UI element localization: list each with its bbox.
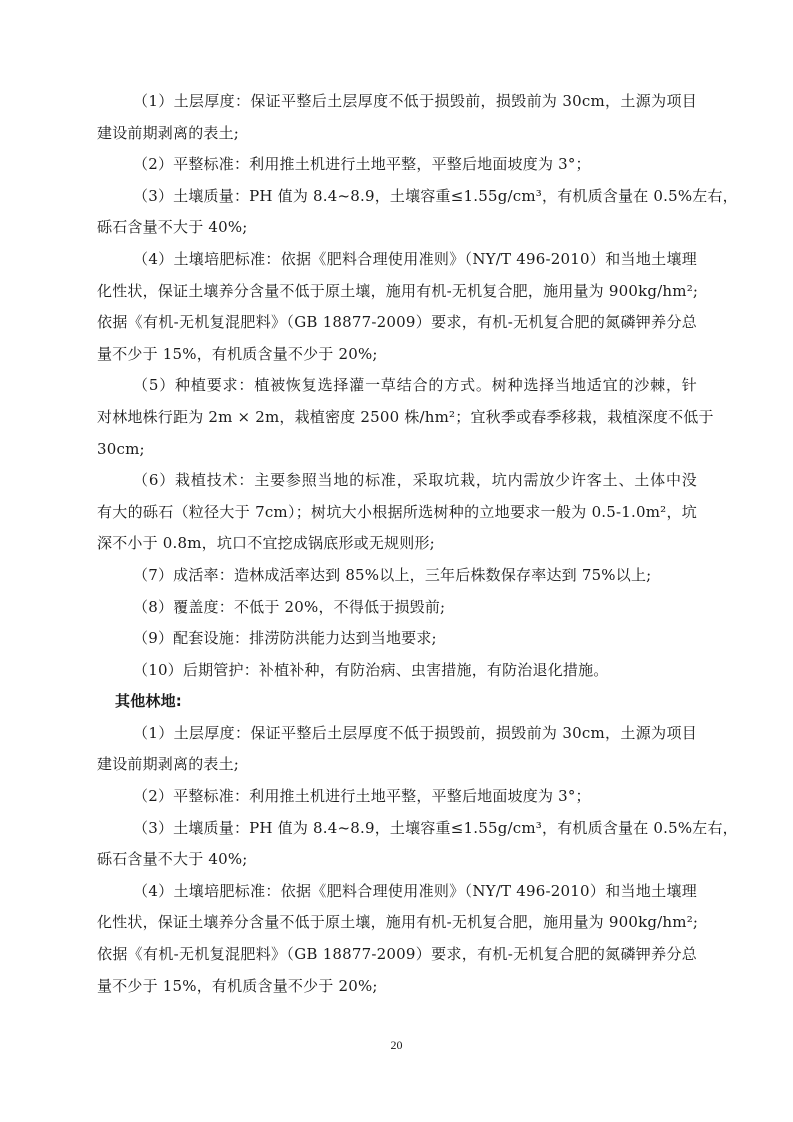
paragraph-line: （10）后期管护：补植补种，有防治病、虫害措施，有防治退化措施。 xyxy=(97,655,697,687)
text-line: 化性状，保证土壤养分含量不低于原土壤，施用有机-无机复合肥，施用量为 900kg… xyxy=(97,907,697,939)
paragraph-last-line: 建设前期剥离的表土; xyxy=(97,118,697,150)
paragraph-first-line: （3）土壤质量：PH 值为 8.4~8.9，土壤容重≤1.55g/cm³，有机质… xyxy=(97,813,697,845)
paragraph-last-line: 深不小于 0.8m，坑口不宜挖成锅底形或无规则形; xyxy=(97,528,697,560)
text-line: 依据《有机-无机复混肥料》（GB 18877-2009）要求，有机-无机复合肥的… xyxy=(97,307,697,339)
paragraph-last-line: 砾石含量不大于 40%; xyxy=(97,212,697,244)
section-heading: 其他林地: xyxy=(97,686,697,718)
paragraph-first-line: （6）栽植技术：主要参照当地的标准，采取坑栽，坑内需放少许客土、土体中没 xyxy=(97,465,697,497)
paragraph-line: （7）成活率：造林成活率达到 85%以上，三年后株数保存率达到 75%以上; xyxy=(97,560,697,592)
paragraph-line: （2）平整标准：利用推土机进行土地平整，平整后地面坡度为 3°； xyxy=(97,781,697,813)
paragraph-first-line: （3）土壤质量：PH 值为 8.4~8.9，土壤容重≤1.55g/cm³，有机质… xyxy=(97,181,697,213)
paragraph-line: （2）平整标准：利用推土机进行土地平整，平整后地面坡度为 3°； xyxy=(97,149,697,181)
text-line: 有大的砾石（粒径大于 7cm）；树坑大小根据所选树种的立地要求一般为 0.5-1… xyxy=(97,497,697,529)
paragraph-line: （8）覆盖度：不低于 20%，不得低于损毁前; xyxy=(97,592,697,624)
paragraph-last-line: 建设前期剥离的表土; xyxy=(97,749,697,781)
text-line: 化性状，保证土壤养分含量不低于原土壤，施用有机-无机复合肥，施用量为 900kg… xyxy=(97,276,697,308)
paragraph-last-line: 30cm; xyxy=(97,434,697,466)
paragraph-first-line: （5）种植要求：植被恢复选择灌一草结合的方式。树种选择当地适宜的沙棘，针 xyxy=(97,370,697,402)
paragraph-last-line: 量不少于 15%，有机质含量不少于 20%; xyxy=(97,971,697,1003)
text-line: 依据《有机-无机复混肥料》（GB 18877-2009）要求，有机-无机复合肥的… xyxy=(97,939,697,971)
body-text: （1）土层厚度：保证平整后土层厚度不低于损毁前，损毁前为 30cm，土源为项目建… xyxy=(97,86,697,1002)
paragraph-first-line: （4）土壤培肥标准：依据《肥料合理使用准则》（NY/T 496-2010）和当地… xyxy=(97,876,697,908)
paragraph-first-line: （1）土层厚度：保证平整后土层厚度不低于损毁前，损毁前为 30cm，土源为项目 xyxy=(97,86,697,118)
paragraph-first-line: （4）土壤培肥标准：依据《肥料合理使用准则》（NY/T 496-2010）和当地… xyxy=(97,244,697,276)
paragraph-last-line: 量不少于 15%，有机质含量不少于 20%; xyxy=(97,339,697,371)
text-line: 对林地株行距为 2m × 2m，栽植密度 2500 株/hm²；宜秋季或春季移栽… xyxy=(97,402,697,434)
paragraph-first-line: （1）土层厚度：保证平整后土层厚度不低于损毁前，损毁前为 30cm，土源为项目 xyxy=(97,718,697,750)
paragraph-line: （9）配套设施：排涝防洪能力达到当地要求; xyxy=(97,623,697,655)
document-page: （1）土层厚度：保证平整后土层厚度不低于损毁前，损毁前为 30cm，土源为项目建… xyxy=(0,0,793,1122)
paragraph-last-line: 砾石含量不大于 40%; xyxy=(97,844,697,876)
page-number: 20 xyxy=(0,1038,793,1053)
